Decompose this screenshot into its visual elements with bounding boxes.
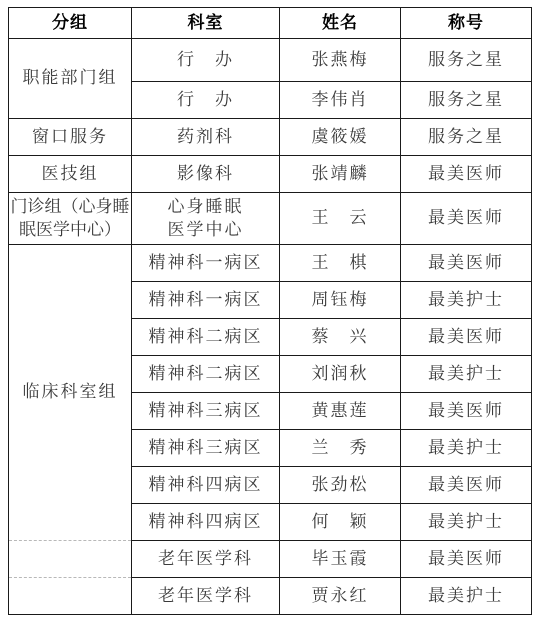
title-cell: 最美医师 [401, 156, 532, 193]
table-row: 老年医学科 毕玉霞 最美医师 [9, 541, 532, 578]
department-cell: 精神科三病区 [132, 430, 280, 467]
title-cell: 服务之星 [401, 39, 532, 82]
title-cell: 最美医师 [401, 467, 532, 504]
group-cell: 职能部门组 [9, 39, 132, 119]
department-cell: 行 办 [132, 39, 280, 82]
group-cell: 窗口服务 [9, 119, 132, 156]
title-cell: 最美护士 [401, 282, 532, 319]
award-table: 分组 科室 姓名 称号 职能部门组 行 办 张燕梅 服务之星 行 办 李伟肖 服… [8, 7, 532, 615]
name-cell: 贾永红 [280, 578, 401, 615]
table-row: 老年医学科 贾永红 最美护士 [9, 578, 532, 615]
department-cell: 心身睡眠 医学中心 [132, 193, 280, 245]
title-cell: 最美护士 [401, 430, 532, 467]
table-row: 窗口服务 药剂科 虞筱媛 服务之星 [9, 119, 532, 156]
department-cell: 精神科三病区 [132, 393, 280, 430]
department-cell: 精神科二病区 [132, 356, 280, 393]
group-cell: 门诊组（心身睡 眠医学中心） [9, 193, 132, 245]
title-cell: 最美护士 [401, 504, 532, 541]
department-cell: 影像科 [132, 156, 280, 193]
title-cell: 最美护士 [401, 356, 532, 393]
title-cell: 最美医师 [401, 319, 532, 356]
name-cell: 王 棋 [280, 245, 401, 282]
department-cell: 精神科四病区 [132, 504, 280, 541]
title-cell: 服务之星 [401, 82, 532, 119]
department-cell: 精神科一病区 [132, 282, 280, 319]
column-header-name: 姓名 [280, 8, 401, 39]
department-cell: 精神科二病区 [132, 319, 280, 356]
name-cell: 毕玉霞 [280, 541, 401, 578]
name-cell: 李伟肖 [280, 82, 401, 119]
title-cell: 最美医师 [401, 393, 532, 430]
name-cell: 黄惠莲 [280, 393, 401, 430]
title-cell: 最美医师 [401, 245, 532, 282]
department-cell: 精神科四病区 [132, 467, 280, 504]
name-cell: 兰 秀 [280, 430, 401, 467]
name-cell: 张靖麟 [280, 156, 401, 193]
department-cell: 老年医学科 [132, 578, 280, 615]
name-cell: 张劲松 [280, 467, 401, 504]
department-cell: 精神科一病区 [132, 245, 280, 282]
title-cell: 服务之星 [401, 119, 532, 156]
table-row: 门诊组（心身睡 眠医学中心） 心身睡眠 医学中心 王 云 最美医师 [9, 193, 532, 245]
name-cell: 何 颖 [280, 504, 401, 541]
table-header-row: 分组 科室 姓名 称号 [9, 8, 532, 39]
group-cell-empty [9, 541, 132, 578]
name-cell: 张燕梅 [280, 39, 401, 82]
title-cell: 最美医师 [401, 541, 532, 578]
column-header-title: 称号 [401, 8, 532, 39]
department-cell: 行 办 [132, 82, 280, 119]
title-cell: 最美护士 [401, 578, 532, 615]
group-cell-empty [9, 578, 132, 615]
title-cell: 最美医师 [401, 193, 532, 245]
name-cell: 刘润秋 [280, 356, 401, 393]
column-header-department: 科室 [132, 8, 280, 39]
column-header-group: 分组 [9, 8, 132, 39]
group-cell: 医技组 [9, 156, 132, 193]
name-cell: 王 云 [280, 193, 401, 245]
table-row: 医技组 影像科 张靖麟 最美医师 [9, 156, 532, 193]
table-row: 职能部门组 行 办 张燕梅 服务之星 [9, 39, 532, 82]
name-cell: 周钰梅 [280, 282, 401, 319]
department-cell: 药剂科 [132, 119, 280, 156]
department-cell: 老年医学科 [132, 541, 280, 578]
name-cell: 虞筱媛 [280, 119, 401, 156]
table-row: 临床科室组 精神科一病区 王 棋 最美医师 [9, 245, 532, 282]
group-cell: 临床科室组 [9, 245, 132, 541]
name-cell: 蔡 兴 [280, 319, 401, 356]
